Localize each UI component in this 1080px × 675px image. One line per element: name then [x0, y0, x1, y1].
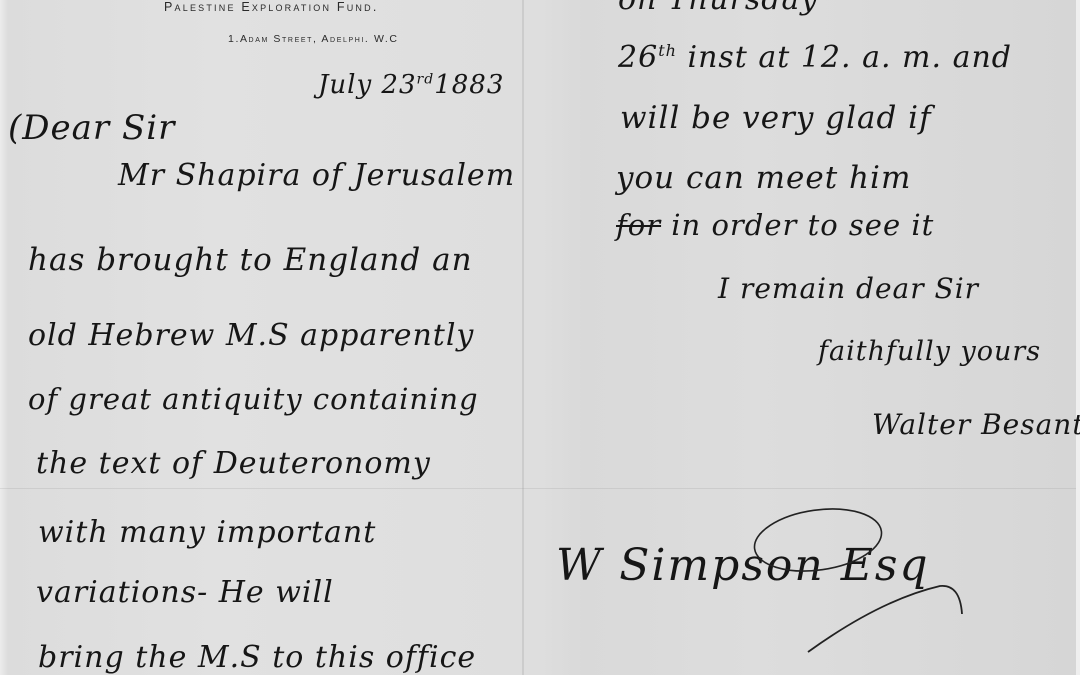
body-line-1: Mr Shapira of Jerusalem: [118, 158, 515, 193]
date-ordinal: rd: [417, 71, 435, 87]
body-line-r2: will be very glad if: [620, 100, 932, 136]
body-line-6: with many important: [38, 515, 376, 550]
date-year: 1883: [434, 70, 504, 100]
body-line-5: the text of Deuteronomy: [36, 446, 431, 481]
date-month-day: July 23: [318, 70, 417, 100]
letter-scan: Palestine Exploration Fund. 1.Adam Stree…: [0, 0, 1080, 675]
salutation: (Dear Sir: [8, 108, 175, 148]
body-line-2: has brought to England an: [28, 242, 473, 278]
addressee: W Simpson Esq: [556, 540, 930, 591]
body-line-top-cut: on Thursday: [618, 0, 818, 17]
body-line-7: variations- He will: [36, 575, 334, 610]
page-fold-horizontal: [0, 488, 1080, 489]
paper-edge: [1076, 0, 1080, 675]
line1-rest: inst at 12. a. m. and: [687, 40, 1012, 75]
letter-date: July 23rd1883: [318, 70, 504, 100]
body-line-r4: for in order to see it: [616, 208, 934, 242]
body-line-r1: 26th inst at 12. a. m. and: [618, 40, 1012, 75]
closing-line: I remain dear Sir: [718, 272, 979, 305]
page-fold-vertical: [522, 0, 524, 675]
body-line-4: of great antiquity containing: [28, 382, 479, 416]
day-ordinal: th: [658, 41, 677, 60]
body-line-3: old Hebrew M.S apparently: [28, 318, 474, 353]
line4-rest: in order to see it: [661, 208, 934, 242]
struck-word: for: [616, 208, 661, 242]
letterhead-address: 1.Adam Street, Adelphi. W.C: [228, 33, 399, 45]
letterhead-organization: Palestine Exploration Fund.: [164, 0, 379, 14]
body-line-8: bring the M.S to this office: [38, 640, 476, 675]
valediction: faithfully yours: [818, 336, 1041, 367]
body-line-r3: you can meet him: [616, 160, 911, 196]
day-number: 26: [618, 40, 658, 75]
signature: Walter Besant: [872, 408, 1080, 441]
